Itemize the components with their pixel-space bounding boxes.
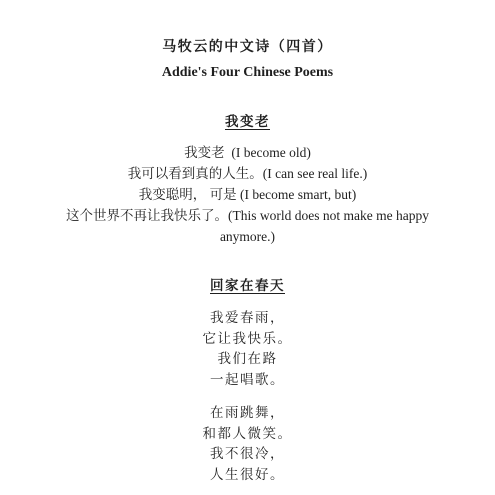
poem2-stanza-2: 在雨跳舞， 和都人微笑。 我不很冷， 人生很好。 bbox=[48, 403, 448, 485]
poem1-heading-row: 我变老 bbox=[48, 110, 448, 131]
poem2-stanza1-line-4: 一起唱歌。 bbox=[48, 370, 448, 391]
poem1-line-3: 我变聪明， 可是 (I become smart, but) bbox=[48, 184, 448, 205]
poem1-line-4: 这个世界不再让我快乐了。(This world does not make me… bbox=[48, 205, 448, 247]
poem2-stanza1-line-3: 我们在路 bbox=[48, 349, 448, 370]
poem2-stanza2-line-2: 和都人微笑。 bbox=[48, 424, 448, 445]
poem1-line-2: 我可以看到真的人生。(I can see real life.) bbox=[48, 163, 448, 184]
poem2-stanza1-line-1: 我爱春雨， bbox=[48, 308, 448, 329]
poem2-stanza2-line-1: 在雨跳舞， bbox=[48, 403, 448, 424]
poem2-stanza-1: 我爱春雨， 它让我快乐。 我们在路 一起唱歌。 bbox=[48, 308, 448, 390]
poem2-heading-row: 回家在春天 bbox=[48, 274, 448, 295]
poem1-heading: 我变老 bbox=[225, 110, 270, 130]
document-content: 马牧云的中文诗（四首） Addie's Four Chinese Poems 我… bbox=[48, 38, 448, 485]
poem2-stanza2-line-4: 人生很好。 bbox=[48, 465, 448, 486]
document-title-chinese: 马牧云的中文诗（四首） bbox=[48, 38, 448, 58]
poem2-stanza1-line-2: 它让我快乐。 bbox=[48, 329, 448, 350]
poem1-line-1: 我变老 (I become old) bbox=[48, 142, 448, 163]
poem2-stanza2-line-3: 我不很冷， bbox=[48, 444, 448, 465]
poem1-body: 我变老 (I become old) 我可以看到真的人生。(I can see … bbox=[48, 142, 448, 247]
document-page: 马牧云的中文诗（四首） Addie's Four Chinese Poems 我… bbox=[0, 0, 495, 495]
document-title-english: Addie's Four Chinese Poems bbox=[48, 63, 448, 83]
poem2-heading: 回家在春天 bbox=[210, 274, 285, 294]
